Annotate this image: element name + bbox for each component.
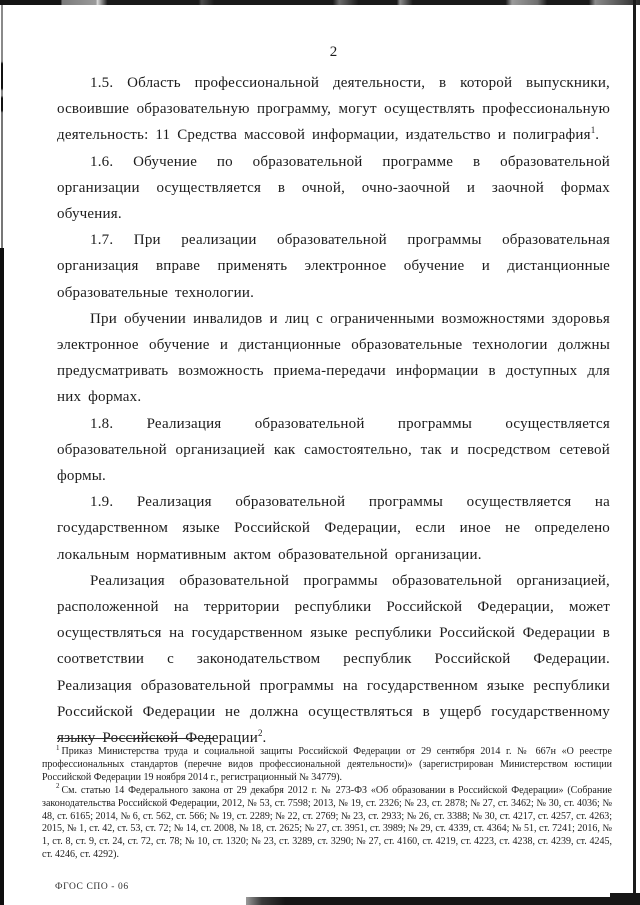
footnote-2: 2См. статью 14 Федерального закона от 29…: [42, 785, 612, 862]
paragraph-1-7: 1.7. При реализации образовательной прог…: [57, 227, 610, 306]
page-number: 2: [57, 44, 610, 61]
paragraph-1-6: 1.6. Обучение по образовательной програм…: [57, 149, 610, 228]
paragraph-1-7-text: 1.7. При реализации образовательной прог…: [57, 232, 610, 300]
scan-artifact-right-line: [633, 0, 636, 899]
paragraph-republic-language-end: .: [262, 730, 266, 746]
scanned-document-page: 2 1.5. Область профессиональной деятельн…: [0, 0, 640, 905]
footer-document-code: ФГОС СПО - 06: [55, 882, 129, 892]
paragraph-1-5-text: 1.5. Область профессиональной деятельнос…: [57, 75, 610, 143]
footnote-1-marker: 1: [56, 744, 60, 752]
document-body: 1.5. Область профессиональной деятельнос…: [57, 70, 610, 751]
paragraph-1-5-end: .: [595, 127, 599, 143]
footnote-1-text: Приказ Министерства труда и социальной з…: [42, 746, 612, 783]
footnote-separator: [57, 738, 214, 739]
paragraph-disabilities: При обучении инвалидов и лиц с ограничен…: [57, 306, 610, 411]
footnote-2-marker: 2: [56, 782, 60, 790]
scan-artifact-bottom-corner: [610, 893, 640, 905]
paragraph-republic-language-text: Реализация образовательной программы обр…: [57, 573, 610, 746]
scan-artifact-left-line: [1, 5, 3, 250]
scan-artifact-top-edge: [0, 0, 640, 5]
footnotes-block: 1Приказ Министерства труда и социальной …: [42, 746, 612, 862]
scan-artifact-bottom-strip: [246, 897, 640, 905]
paragraph-1-6-text: 1.6. Обучение по образовательной програм…: [57, 154, 610, 222]
footnote-1: 1Приказ Министерства труда и социальной …: [42, 746, 612, 785]
footnote-2-text: См. статью 14 Федерального закона от 29 …: [42, 785, 612, 861]
scan-artifact-left-strip: [0, 248, 4, 905]
paragraph-1-8: 1.8. Реализация образовательной программ…: [57, 411, 610, 490]
paragraph-1-5: 1.5. Область профессиональной деятельнос…: [57, 70, 610, 149]
paragraph-1-8-text: 1.8. Реализация образовательной программ…: [57, 416, 610, 484]
paragraph-disabilities-text: При обучении инвалидов и лиц с ограничен…: [57, 311, 610, 406]
paragraph-1-9-text: 1.9. Реализация образовательной программ…: [57, 494, 610, 562]
paragraph-1-9: 1.9. Реализация образовательной программ…: [57, 489, 610, 568]
paragraph-republic-language: Реализация образовательной программы обр…: [57, 568, 610, 751]
